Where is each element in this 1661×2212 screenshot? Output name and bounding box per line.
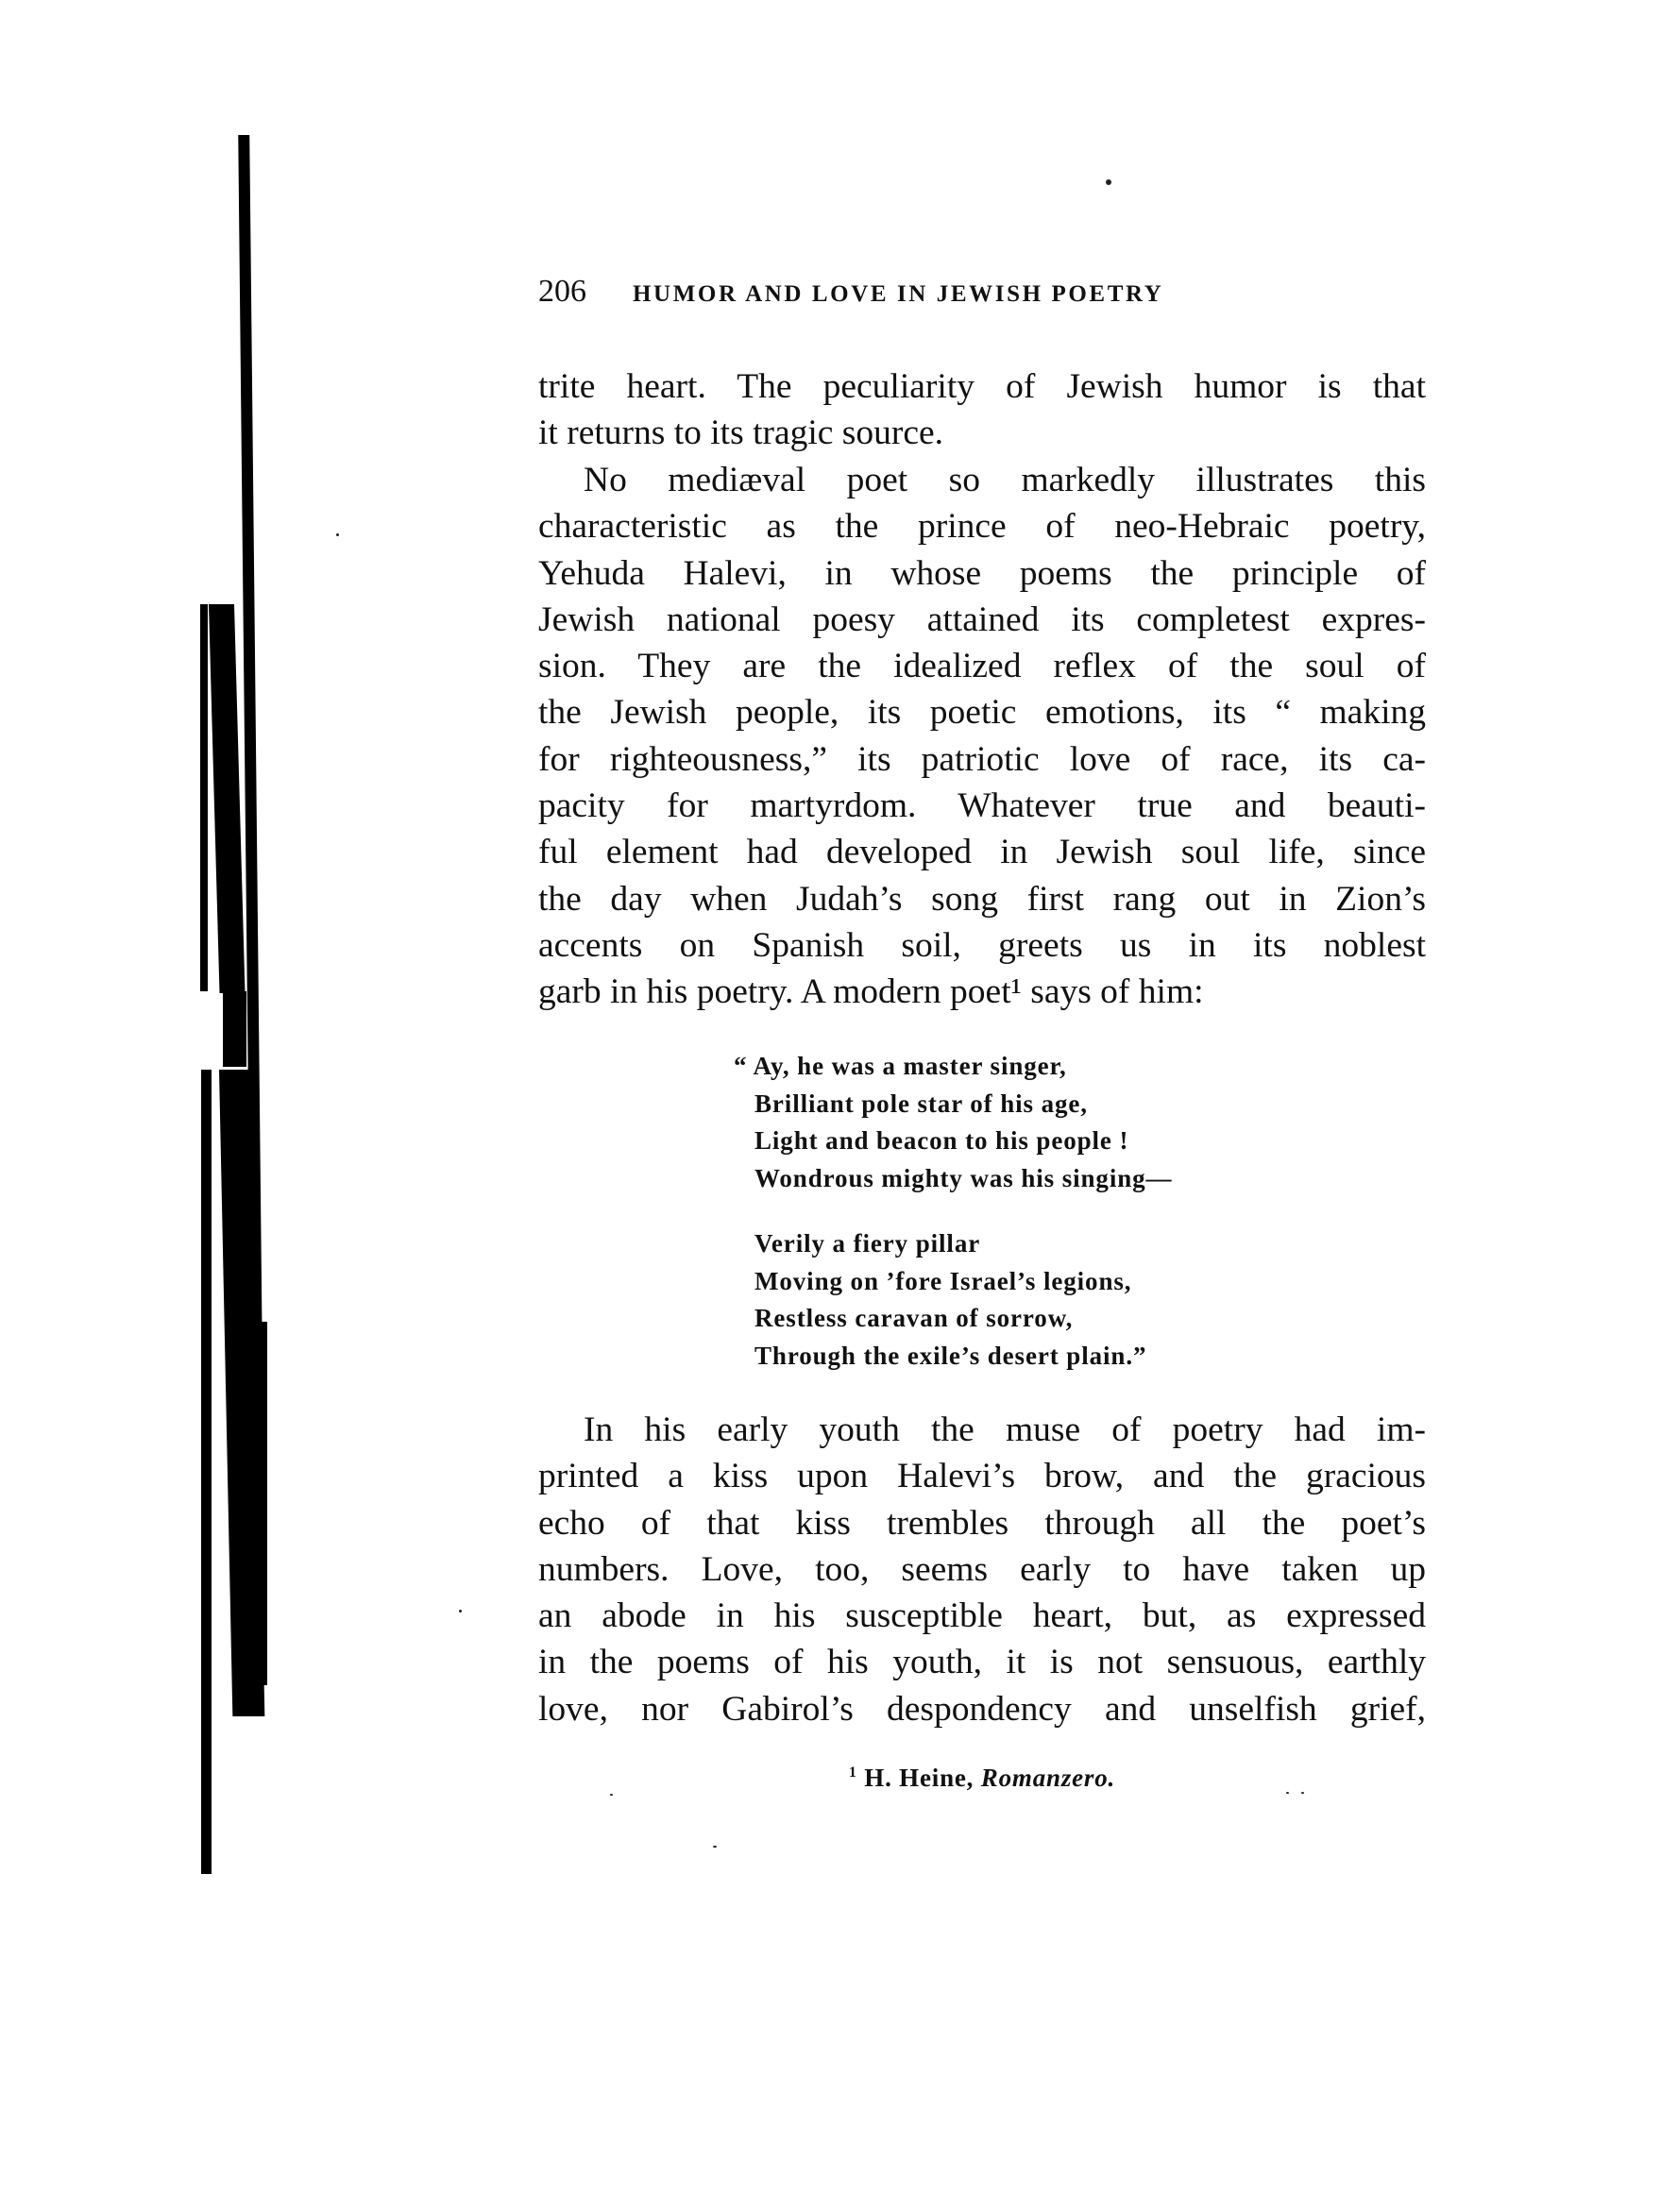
text-line: an abode in his susceptible heart, but, … bbox=[538, 1593, 1426, 1639]
text-line: pacity for martyrdom. Whatever true and … bbox=[538, 783, 1426, 829]
paragraph-early-youth: In his early youth the muse of poetry ha… bbox=[538, 1407, 1426, 1732]
text-line: No mediæval poet so markedly illustrates… bbox=[538, 457, 1426, 503]
poem-quote: “ Ay, he was a master singer, Brilliant … bbox=[734, 1048, 1172, 1375]
footnote-marker: 1 bbox=[849, 1765, 857, 1781]
paragraph-continuation: trite heart. The peculiarity of Jewish h… bbox=[538, 363, 1426, 457]
text-line: the day when Judah’s song first rang out… bbox=[538, 876, 1426, 922]
scan-speck bbox=[713, 1846, 717, 1848]
page-number: 206 bbox=[538, 274, 633, 310]
text-line: numbers. Love, too, seems early to have … bbox=[538, 1546, 1426, 1593]
poem-verse: Restless caravan of sorrow, bbox=[734, 1300, 1172, 1338]
poem-verse: Wondrous mighty was his singing— bbox=[734, 1160, 1172, 1198]
text-line: echo of that kiss trembles through all t… bbox=[538, 1500, 1426, 1546]
scan-margin-bar-notch bbox=[223, 991, 246, 1067]
text-line: it returns to its tragic source. bbox=[538, 410, 1426, 456]
text-line: for righteousness,” its patriotic love o… bbox=[538, 736, 1426, 783]
footnote: 1 H. Heine, Romanzero. bbox=[538, 1764, 1426, 1793]
scan-margin-bar-wide-upper bbox=[209, 604, 246, 993]
text-line: trite heart. The peculiarity of Jewish h… bbox=[538, 363, 1426, 410]
text-line: garb in his poetry. A modern poet¹ says … bbox=[538, 969, 1426, 1015]
scan-margin-bar-thin-upper bbox=[200, 604, 208, 991]
poem-verse: Through the exile’s desert plain.” bbox=[734, 1338, 1172, 1376]
poem-verse: Brilliant pole star of his age, bbox=[734, 1086, 1172, 1123]
text-line: Yehuda Halevi, in whose poems the princi… bbox=[538, 550, 1426, 597]
text-line: printed a kiss upon Halevi’s brow, and t… bbox=[538, 1453, 1426, 1499]
text-line: characteristic as the prince of neo-Hebr… bbox=[538, 503, 1426, 549]
running-head-title: HUMOR AND LOVE IN JEWISH POETRY bbox=[633, 281, 1163, 308]
text-line: the Jewish people, its poetic emotions, … bbox=[538, 689, 1426, 735]
scan-speck bbox=[336, 533, 339, 536]
scan-speck bbox=[610, 1794, 613, 1796]
text-line: Jewish national poesy attained its compl… bbox=[538, 597, 1426, 643]
stanza-divider bbox=[734, 1197, 1172, 1225]
footnote-author: H. Heine, bbox=[864, 1764, 974, 1792]
text-line: in the poems of his youth, it is not sen… bbox=[538, 1639, 1426, 1685]
text-line: ful element had developed in Jewish soul… bbox=[538, 829, 1426, 875]
text-line: In his early youth the muse of poetry ha… bbox=[538, 1407, 1426, 1453]
running-head: 206 HUMOR AND LOVE IN JEWISH POETRY bbox=[538, 274, 1426, 312]
poem-verse: Verily a fiery pillar bbox=[734, 1225, 1172, 1263]
scan-speck bbox=[1106, 179, 1111, 185]
poem-verse: Light and beacon to his people ! bbox=[734, 1123, 1172, 1160]
footnote-work-title: Romanzero. bbox=[981, 1764, 1115, 1792]
poem-verse: “ Ay, he was a master singer, bbox=[734, 1048, 1172, 1086]
text-line: love, nor Gabirol’s despondency and unse… bbox=[538, 1686, 1426, 1732]
scan-speck bbox=[459, 1610, 462, 1613]
poem-verse: Moving on ’fore Israel’s legions, bbox=[734, 1263, 1172, 1301]
scan-margin-bar-thin-lower bbox=[201, 1070, 212, 1874]
text-line: sion. They are the idealized reflex of t… bbox=[538, 643, 1426, 689]
text-line: accents on Spanish soil, greets us in it… bbox=[538, 922, 1426, 969]
paragraph-halevi-intro: No mediæval poet so markedly illustrates… bbox=[538, 457, 1426, 1016]
